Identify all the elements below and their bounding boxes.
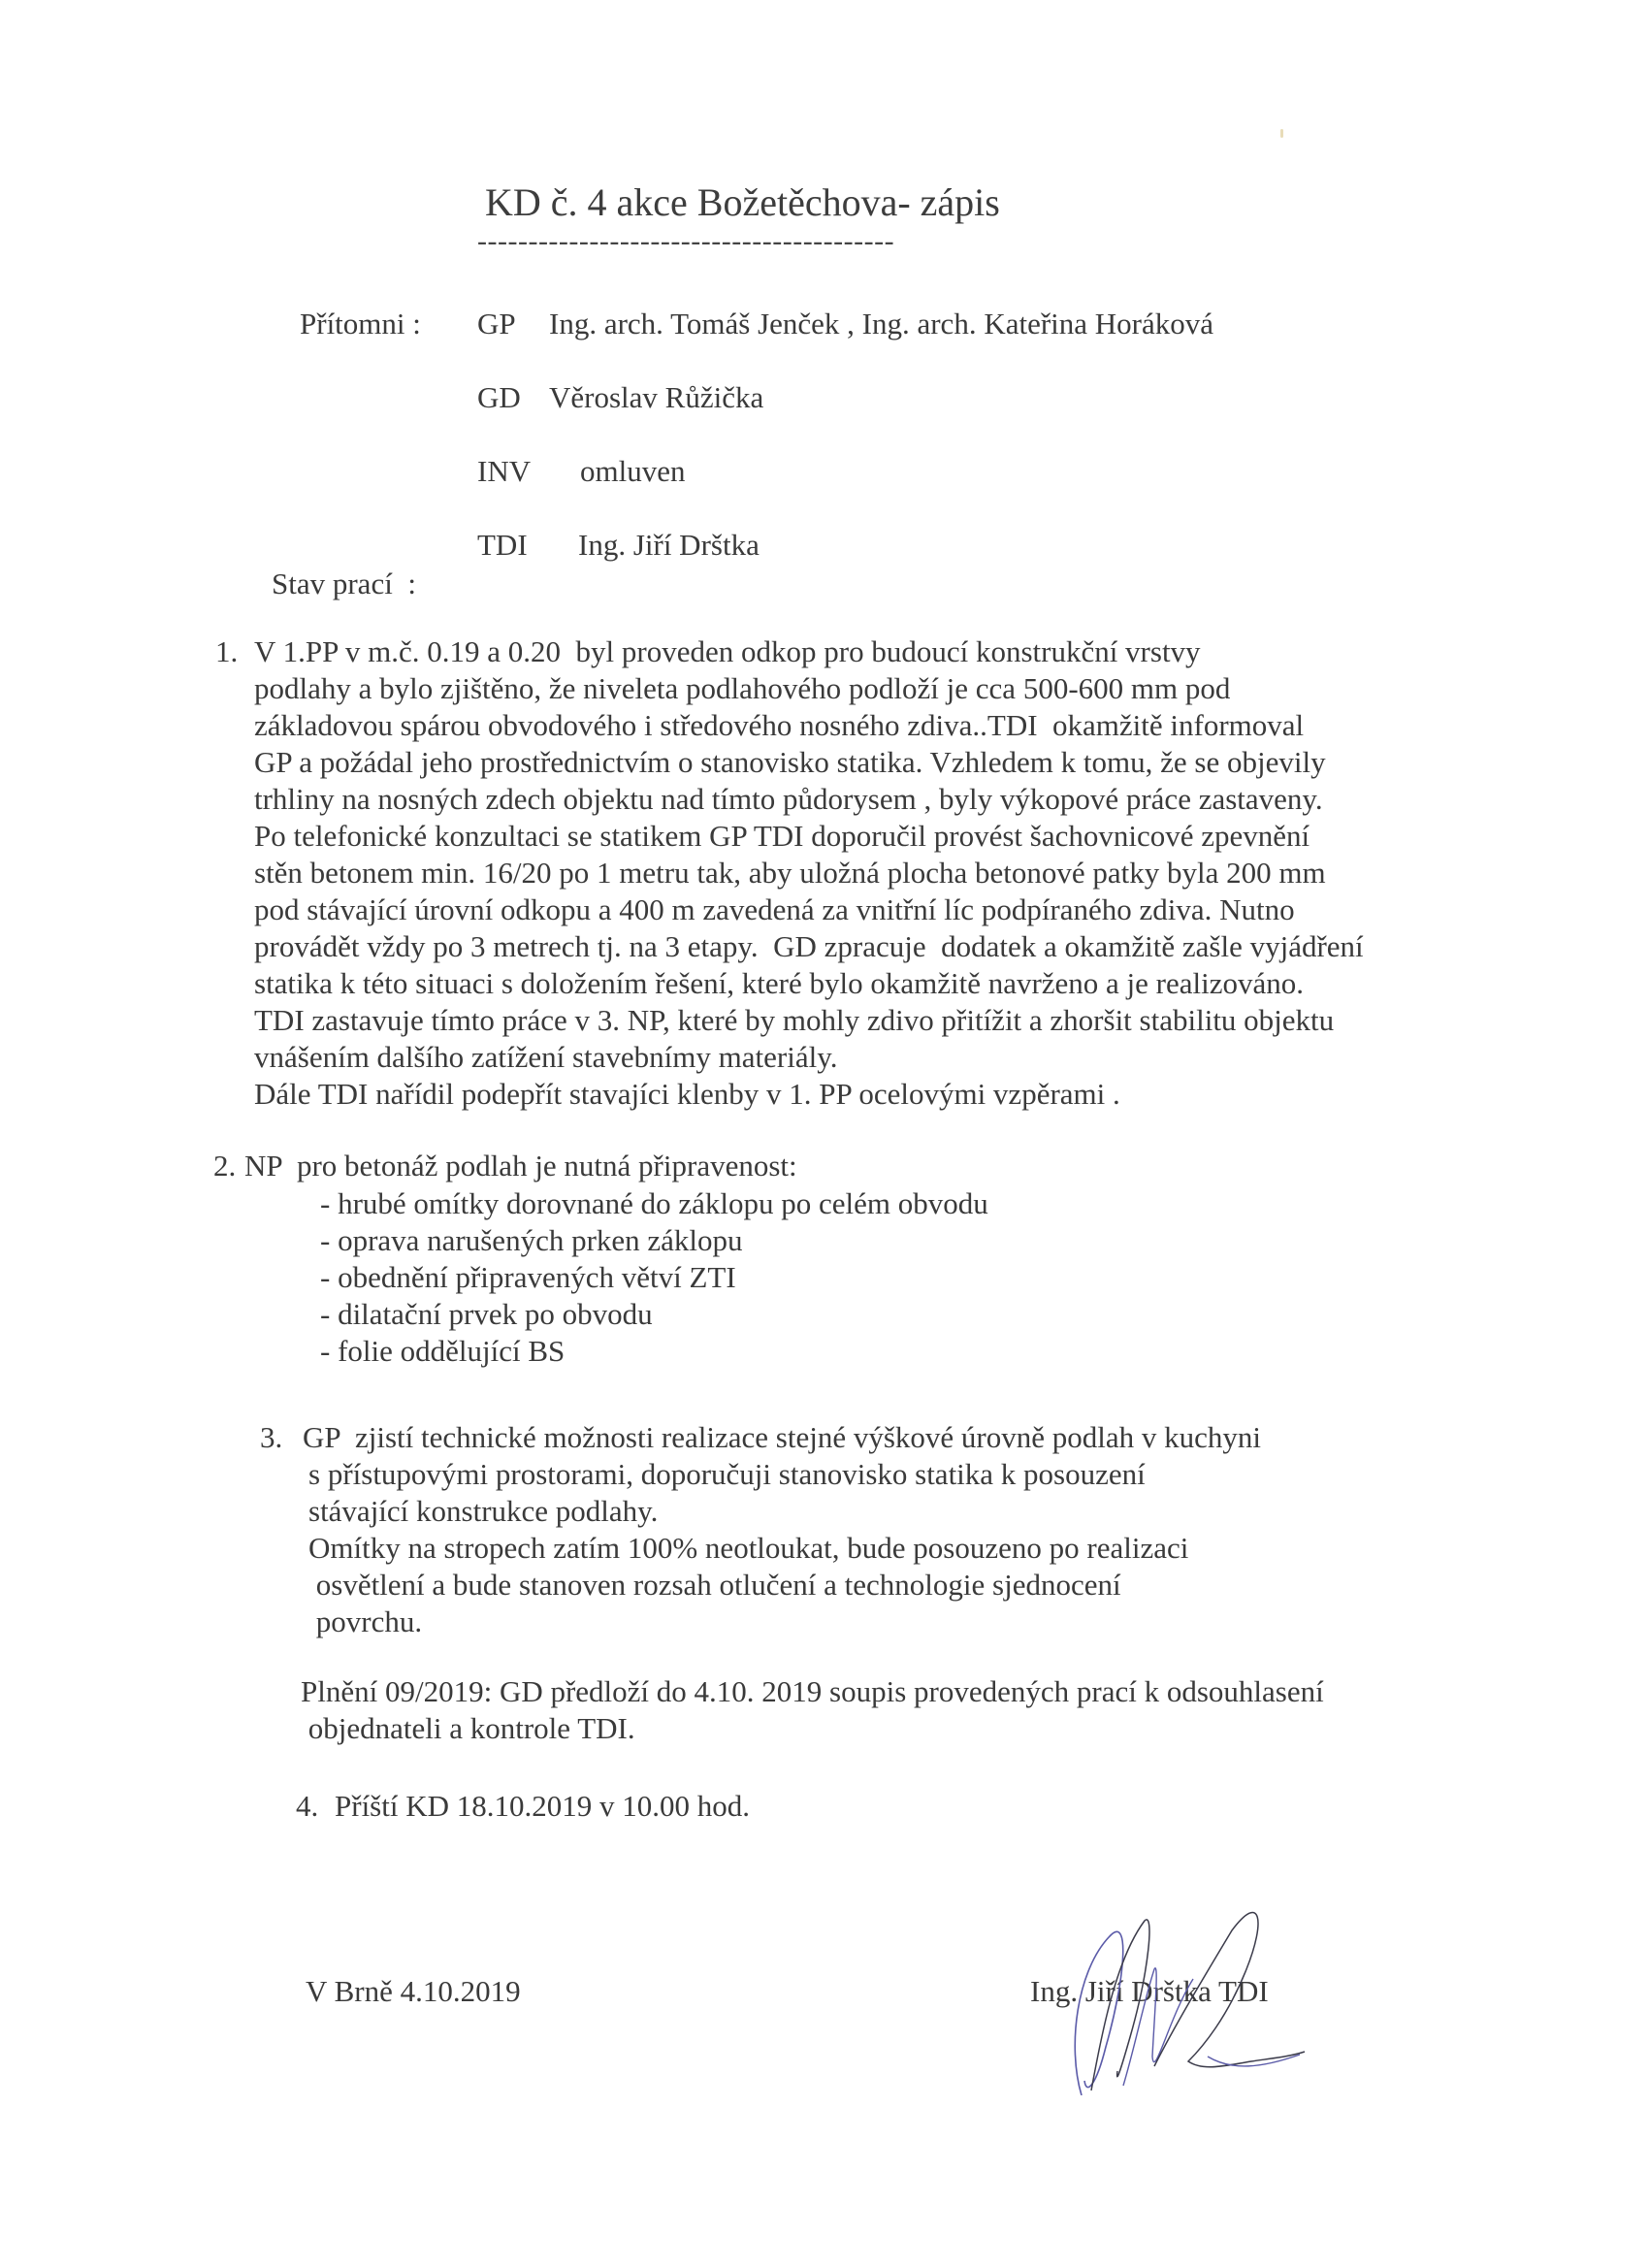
item-1-line: Po telefonické konzultaci se statikem GP…	[254, 818, 1309, 855]
attendees-label: Přítomni :	[300, 306, 421, 342]
item-1-line: pod stávající úrovní odkopu a 400 m zave…	[254, 891, 1295, 928]
item-2-heading: NP pro betonáž podlah je nutná připraven…	[244, 1148, 797, 1184]
attendee-role-gp: GP	[477, 306, 516, 342]
item-3-line: stávající konstrukce podlahy.	[308, 1493, 658, 1530]
attendee-role-inv: INV	[477, 453, 531, 490]
item-1-line: stěn betonem min. 16/20 po 1 metru tak, …	[254, 855, 1326, 891]
item-4-text: Příští KD 18.10.2019 v 10.00 hod.	[335, 1788, 750, 1825]
attendee-names-gp: Ing. arch. Tomáš Jenček , Ing. arch. Kat…	[549, 306, 1213, 342]
item-1-line: vnášením dalšího zatížení stavebnímy mat…	[254, 1039, 837, 1076]
item-3-note-line: objednateli a kontrole TDI.	[301, 1710, 635, 1747]
bullet-item: - obednění připravených větví ZTI	[320, 1259, 736, 1296]
bullet-item: - folie oddělující BS	[320, 1333, 565, 1370]
attendee-names-gd: Věroslav Růžička	[549, 379, 763, 416]
item-1-line: statika k této situaci s doložením řešen…	[254, 965, 1304, 1002]
title-underline: ----------------------------------------…	[477, 225, 894, 258]
item-1-line: V 1.PP v m.č. 0.19 a 0.20 byl proveden o…	[254, 633, 1201, 670]
item-1-number: 1.	[215, 633, 238, 670]
bullet-item: - hrubé omítky dorovnané do záklopu po c…	[320, 1185, 988, 1222]
attendee-role-tdi: TDI	[477, 527, 528, 564]
item-1-line: trhliny na nosných zdech objektu nad tím…	[254, 781, 1323, 818]
item-1-line: provádět vždy po 3 metrech tj. na 3 etap…	[254, 928, 1364, 965]
document-page: KD č. 4 akce Božetěchova- zápis --------…	[0, 0, 1649, 2268]
status-label: Stav prací :	[272, 566, 416, 602]
item-3-line: osvětlení a bude stanoven rozsah otlučen…	[308, 1567, 1121, 1604]
item-3-line: s přístupovými prostorami, doporučuji st…	[308, 1456, 1146, 1493]
item-3-line: Omítky na stropech zatím 100% neotloukat…	[308, 1530, 1188, 1567]
scan-speck	[1280, 129, 1283, 138]
item-1-line: základovou spárou obvodového i středovéh…	[254, 707, 1304, 744]
place-date: V Brně 4.10.2019	[306, 1973, 521, 2010]
item-3-number: 3.	[260, 1419, 282, 1456]
item-3-line: povrchu.	[308, 1604, 422, 1640]
item-1-line: TDI zastavuje tímto práce v 3. NP, které…	[254, 1002, 1334, 1039]
attendee-role-gd: GD	[477, 379, 521, 416]
item-4-number: 4.	[296, 1788, 318, 1825]
item-3-line: GP zjistí technické možnosti realizace s…	[303, 1419, 1261, 1456]
attendee-names-inv: omluven	[580, 453, 686, 490]
item-3-note-line: Plnění 09/2019: GD předloží do 4.10. 201…	[301, 1673, 1324, 1710]
document-title: KD č. 4 akce Božetěchova- zápis	[485, 179, 1000, 225]
bullet-item: - dilatační prvek po obvodu	[320, 1296, 653, 1333]
signature-icon	[1009, 1901, 1319, 2095]
item-1-line: GP a požádal jeho prostřednictvím o stan…	[254, 744, 1326, 781]
bullet-item: - oprava narušených prken záklopu	[320, 1222, 743, 1259]
item-1-line: Dále TDI nařídil podepřít stavajíci klen…	[254, 1076, 1120, 1113]
item-1-line: podlahy a bylo zjištěno, že niveleta pod…	[254, 670, 1230, 707]
item-2-number: 2.	[213, 1148, 236, 1184]
attendee-names-tdi: Ing. Jiří Drštka	[578, 527, 760, 564]
